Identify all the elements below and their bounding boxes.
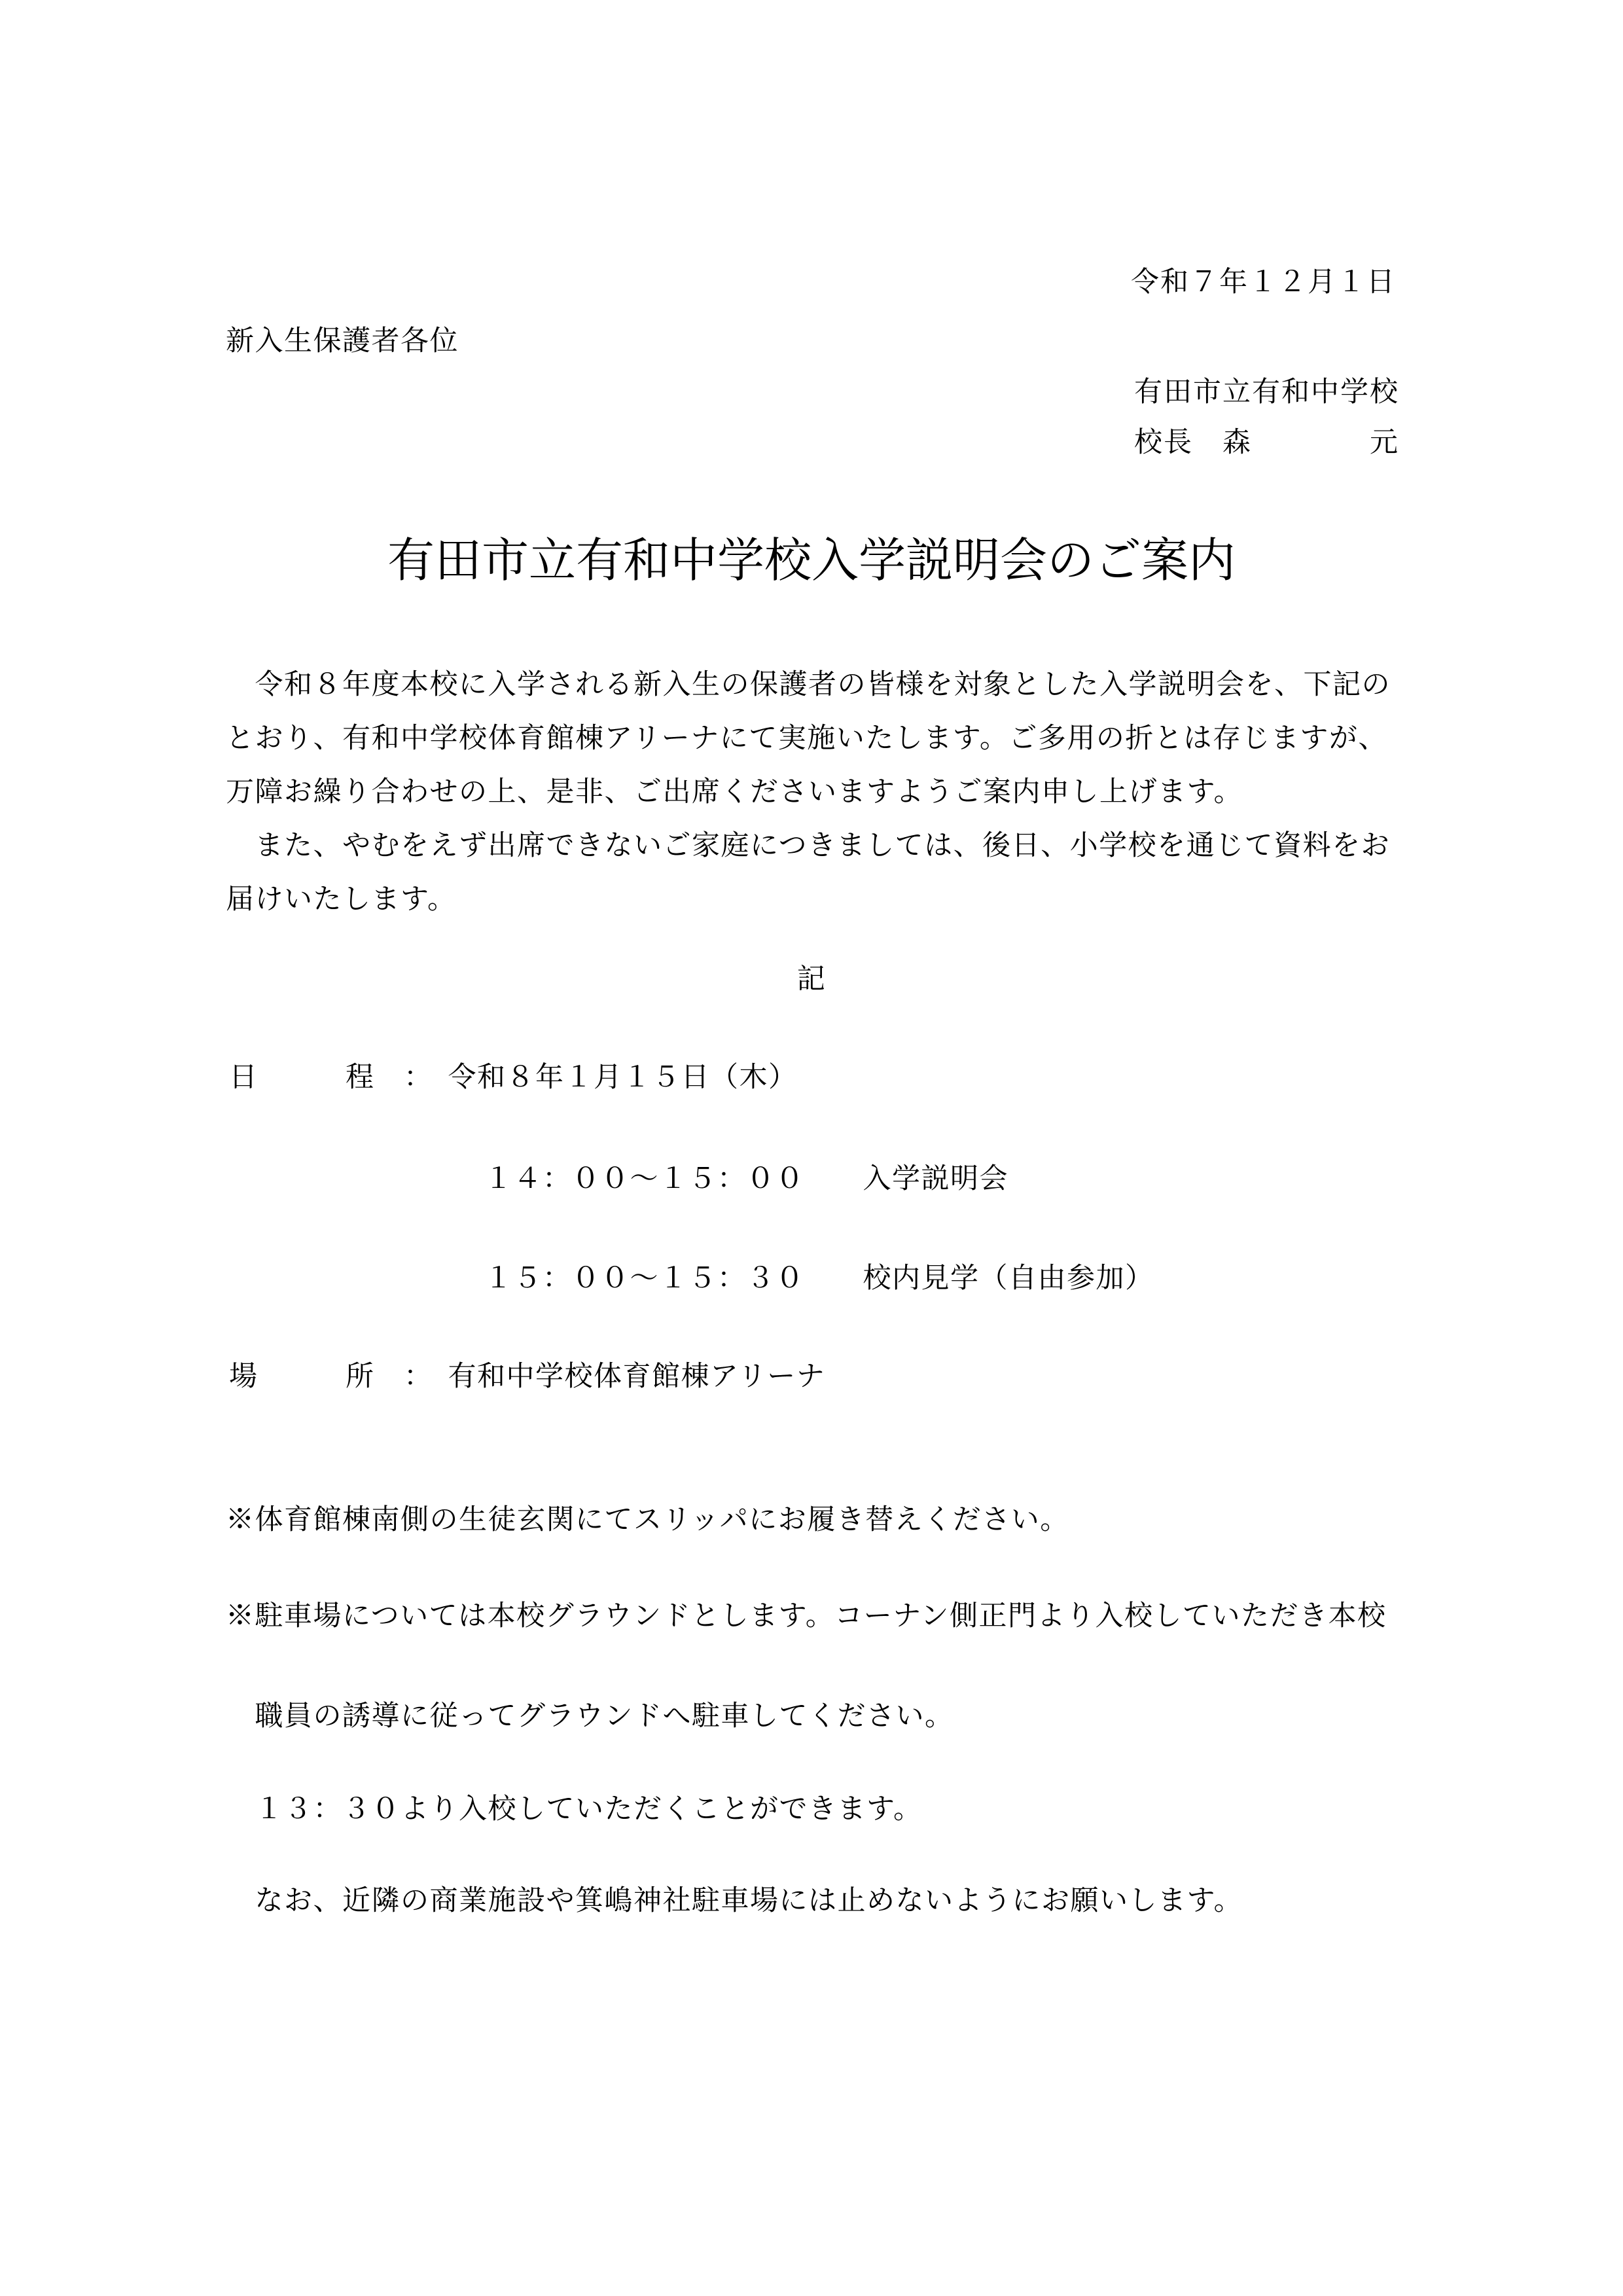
note-parking-continued: 職員の誘導に従ってグラウンドへ駐車してください。 — [226, 1702, 954, 1731]
body-paragraph-line-2: とおり、有和中学校体育館棟アリーナにて実施いたします。ご多用の折とは存じますが、 — [226, 725, 1387, 753]
schedule-session-1: １４：００～１５：００ 入学説明会 — [484, 1165, 1008, 1193]
body-paragraph-line-1: 令和８年度本校に入学される新入生の保護者の皆様を対象とした入学説明会を、下記の — [226, 671, 1391, 699]
issue-date: 令和７年１２月１日 — [1131, 268, 1396, 296]
document-page: 令和７年１２月１日 新入生保護者各位 有田市立有和中学校 校長 森 元 有田市立… — [0, 0, 1623, 2296]
body-paragraph-line-5: 届けいたします。 — [226, 886, 457, 914]
schedule-venue: 場 所 ： 有和中学校体育館棟アリーナ — [229, 1363, 825, 1391]
sender-principal: 校長 森 元 — [1134, 429, 1399, 457]
note-entry-time: １３：３０より入校していただくことができます。 — [226, 1795, 923, 1823]
body-paragraph-line-4: また、やむをえず出席できないご家庭につきましては、後日、小学校を通じて資料をお — [226, 832, 1390, 860]
note-neighbor-parking: なお、近隣の商業施設や箕嶋神社駐車場には止めないようにお願いします。 — [226, 1887, 1243, 1915]
schedule-session-2: １５：００～１５：３０ 校内見学（自由参加） — [484, 1265, 1154, 1293]
recipient: 新入生保護者各位 — [226, 327, 459, 355]
schedule-date: 日 程 ： 令和８年１月１５日（木） — [229, 1064, 798, 1092]
body-paragraph-line-3: 万障お繰り合わせの上、是非、ご出席くださいますようご案内申し上げます。 — [226, 778, 1243, 806]
note-parking: ※駐車場については本校グラウンドとします。コーナン側正門より入校していただき本校 — [226, 1602, 1387, 1630]
sender-organization: 有田市立有和中学校 — [1134, 378, 1399, 406]
document-title: 有田市立有和中学校入学説明会のご案内 — [0, 537, 1623, 584]
note-slippers: ※体育館棟南側の生徒玄関にてスリッパにお履き替えください。 — [226, 1506, 1069, 1534]
record-marker: 記 — [0, 965, 1623, 994]
